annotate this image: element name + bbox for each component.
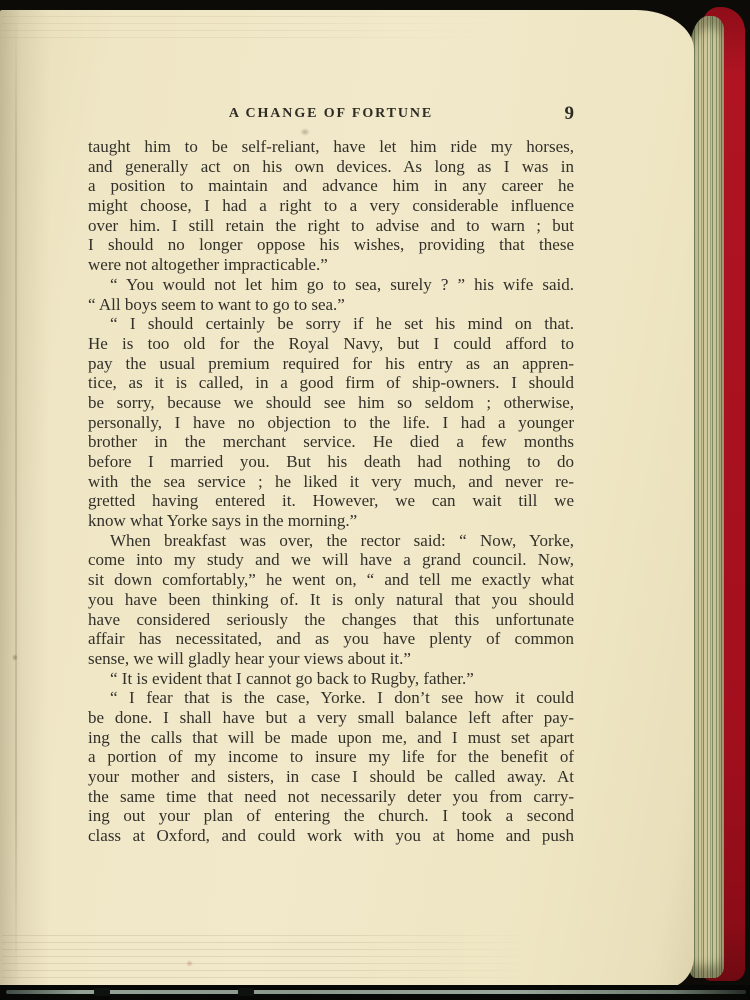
cradle-notch xyxy=(94,988,110,996)
text-line: you have been thinking of. It is only na… xyxy=(88,590,574,610)
paragraph: “ I should certainly be sorry if he set … xyxy=(88,314,574,531)
text-line: be done. I shall have but a very small b… xyxy=(88,708,574,728)
text-line: and generally act on his own devices. As… xyxy=(88,157,574,177)
text-line: “ All boys seem to want to go to sea.” xyxy=(88,295,574,315)
scanner-edge-line xyxy=(6,990,746,994)
text-line: were not altogether impracticable.” xyxy=(88,255,574,275)
text-line: know what Yorke says in the morning.” xyxy=(88,511,574,531)
scan-root: { "document": { "kind": "scanned book pa… xyxy=(0,0,750,1000)
paragraph: “ I fear that is the case, Yorke. I don’… xyxy=(88,688,574,846)
page-edge-stack-right xyxy=(690,16,724,978)
text-line: sense, we will gladly hear your views ab… xyxy=(88,649,574,669)
printed-content: A CHANGE OF FORTUNE 9 taught him to be s… xyxy=(88,103,574,846)
scanner-bar xyxy=(0,985,750,1000)
text-line: ing out your plan of entering the church… xyxy=(88,806,574,826)
text-line: I should no longer oppose his wishes, pr… xyxy=(88,235,574,255)
text-line: “ You would not let him go to sea, surel… xyxy=(88,275,574,295)
text-line: “ It is evident that I cannot go back to… xyxy=(88,669,574,689)
text-line: before I married you. But his death had … xyxy=(88,452,574,472)
text-line: ing the calls that will be made upon me,… xyxy=(88,728,574,748)
cradle-notch xyxy=(238,988,254,996)
text-line: taught him to be self-reliant, have let … xyxy=(88,137,574,157)
text-line: gretted having entered it. However, we c… xyxy=(88,491,574,511)
text-line: affair has necessitated, and as you have… xyxy=(88,629,574,649)
gutter-shadow xyxy=(0,10,50,988)
text-line: sit down comfortably,” he went on, “ and… xyxy=(88,570,574,590)
text-line: brother in the merchant service. He died… xyxy=(88,432,574,452)
text-line: might choose, I had a right to a very co… xyxy=(88,196,574,216)
text-line: come into my study and we will have a gr… xyxy=(88,550,574,570)
paper-stain xyxy=(186,960,193,967)
text-line: “ I fear that is the case, Yorke. I don’… xyxy=(88,688,574,708)
running-title: A CHANGE OF FORTUNE xyxy=(88,103,574,122)
page-header: A CHANGE OF FORTUNE 9 xyxy=(88,103,574,127)
book-page: A CHANGE OF FORTUNE 9 taught him to be s… xyxy=(0,10,694,988)
paragraph: When breakfast was over, the rector said… xyxy=(88,531,574,669)
paragraph: “ It is evident that I cannot go back to… xyxy=(88,669,574,689)
paragraph: taught him to be self-reliant, have let … xyxy=(88,137,574,275)
text-line: pay the usual premium required for his e… xyxy=(88,354,574,374)
text-line: a portion of my income to insure my life… xyxy=(88,747,574,767)
page-edge-lines-top xyxy=(2,13,522,41)
text-line: the same time that need not necessarily … xyxy=(88,787,574,807)
page-edge-lines-bottom xyxy=(2,932,562,980)
text-line: When breakfast was over, the rector said… xyxy=(88,531,574,551)
text-line: He is too old for the Royal Navy, but I … xyxy=(88,334,574,354)
page-number: 9 xyxy=(565,103,575,125)
text-line: a position to maintain and advance him i… xyxy=(88,176,574,196)
text-line: over him. I still retain the right to ad… xyxy=(88,216,574,236)
paragraph: “ You would not let him go to sea, surel… xyxy=(88,275,574,314)
page-crease xyxy=(15,10,17,988)
text-line: personally, I have no objection to the l… xyxy=(88,413,574,433)
body-text: taught him to be self-reliant, have let … xyxy=(88,137,574,846)
text-line: with the sea service ; he liked it very … xyxy=(88,472,574,492)
text-line: have considered seriously the changes th… xyxy=(88,610,574,630)
text-line: class at Oxford, and could work with you… xyxy=(88,826,574,846)
paper-stain xyxy=(12,654,18,661)
text-line: your mother and sisters, in case I shoul… xyxy=(88,767,574,787)
text-line: “ I should certainly be sorry if he set … xyxy=(88,314,574,334)
text-line: tice, as it is called, in a good firm of… xyxy=(88,373,574,393)
text-line: be sorry, because we should see him so s… xyxy=(88,393,574,413)
